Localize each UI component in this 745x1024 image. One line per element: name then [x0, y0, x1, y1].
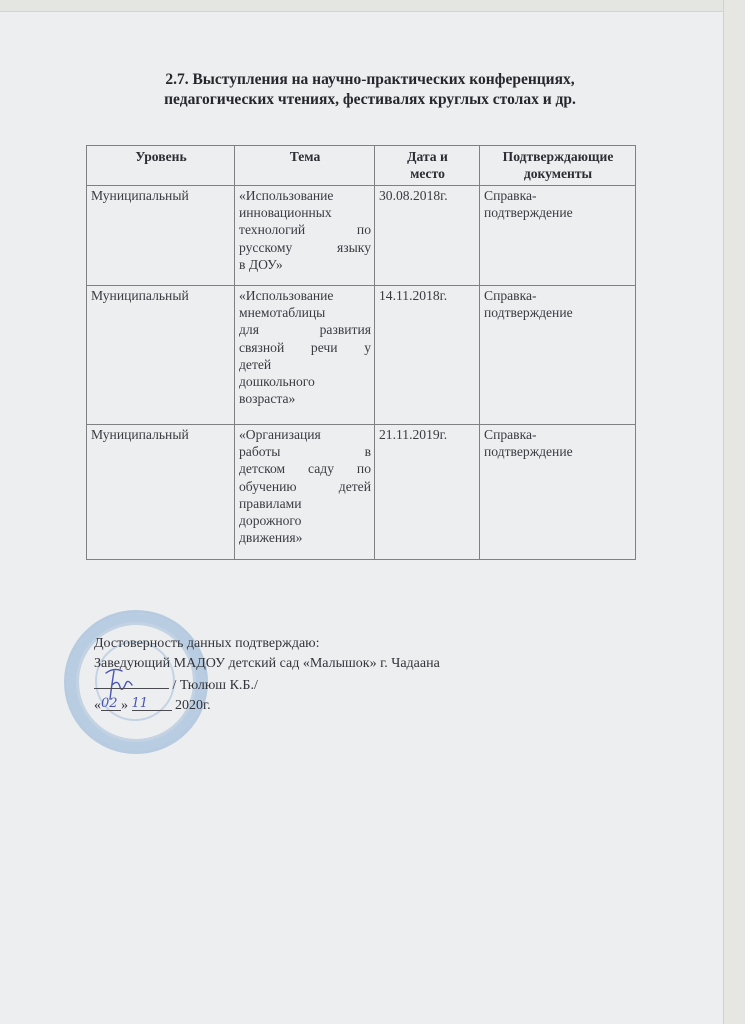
docs-line-1: Справка-: [484, 287, 632, 304]
header-docs-line-2: документы: [484, 165, 632, 182]
theme-line: русскому языку: [239, 239, 371, 256]
docs-line-1: Справка-: [484, 426, 632, 443]
docs-line-2: подтверждение: [484, 443, 632, 460]
theme-line: обучению детей: [239, 478, 371, 495]
header-level: Уровень: [87, 146, 235, 186]
date-day-blank: 02: [101, 696, 121, 711]
signature-line: / Тюлюш К.Б./: [94, 674, 440, 696]
table-header-row: Уровень Тема Дата и место Подтверждающие…: [87, 146, 636, 186]
cell-documents: Справка- подтверждение: [480, 286, 636, 425]
theme-line: «Использование: [239, 187, 371, 204]
cell-date: 30.08.2018г.: [375, 186, 480, 286]
docs-line-1: Справка-: [484, 187, 632, 204]
theme-line: работы в: [239, 443, 371, 460]
signer-name: / Тюлюш К.Б./: [173, 678, 258, 693]
date-month-blank: 11: [132, 696, 172, 711]
cell-level: Муниципальный: [87, 286, 235, 425]
date-close-quote: »: [121, 698, 128, 713]
signature-blank: [94, 674, 169, 689]
header-date-place: Дата и место: [375, 146, 480, 186]
theme-line: правилами: [239, 495, 371, 512]
theme-line: связной речи у: [239, 339, 371, 356]
date-line: «02» 11 2020г.: [94, 696, 440, 716]
header-documents: Подтверждающие документы: [480, 146, 636, 186]
theme-line: мнемотаблицы: [239, 304, 371, 321]
heading-line-2: педагогических чтениях, фестивалях кругл…: [120, 90, 620, 110]
theme-line: «Использование: [239, 287, 371, 304]
scan-top-edge: [0, 0, 745, 12]
cell-theme: «Организация работы в детском саду по об…: [235, 425, 375, 560]
theme-line: дорожного: [239, 512, 371, 529]
theme-line: возраста»: [239, 390, 371, 407]
table-row: Муниципальный «Использование инновационн…: [87, 186, 636, 286]
table-row: Муниципальный «Организация работы в детс…: [87, 425, 636, 560]
confirmation-line-2: Заведующий МАДОУ детский сад «Малышок» г…: [94, 654, 440, 674]
date-open-quote: «: [94, 698, 101, 713]
theme-line: движения»: [239, 529, 371, 546]
cell-date: 14.11.2018г.: [375, 286, 480, 425]
theme-line: детей: [239, 356, 371, 373]
table-row: Муниципальный «Использование мнемотаблиц…: [87, 286, 636, 425]
cell-date: 21.11.2019г.: [375, 425, 480, 560]
confirmation-block: Достоверность данных подтверждаю: Заведу…: [94, 634, 440, 716]
docs-line-2: подтверждение: [484, 204, 632, 221]
confirmation-line-1: Достоверность данных подтверждаю:: [94, 634, 440, 654]
theme-line: дошкольного: [239, 373, 371, 390]
cell-documents: Справка- подтверждение: [480, 186, 636, 286]
header-date-line-1: Дата и: [379, 148, 476, 165]
cell-theme: «Использование мнемотаблицы для развития…: [235, 286, 375, 425]
docs-line-2: подтверждение: [484, 304, 632, 321]
presentations-table: Уровень Тема Дата и место Подтверждающие…: [86, 145, 636, 560]
section-heading: 2.7. Выступления на научно-практических …: [120, 70, 620, 110]
theme-line: для развития: [239, 321, 371, 338]
header-theme: Тема: [235, 146, 375, 186]
cell-documents: Справка- подтверждение: [480, 425, 636, 560]
cell-level: Муниципальный: [87, 186, 235, 286]
date-year: 2020г.: [175, 698, 211, 713]
cell-level: Муниципальный: [87, 425, 235, 560]
theme-line: технологий по: [239, 221, 371, 238]
date-day: 02: [101, 696, 118, 711]
theme-line: в ДОУ»: [239, 256, 371, 273]
header-docs-line-1: Подтверждающие: [484, 148, 632, 165]
scan-right-edge: [723, 0, 745, 1024]
theme-line: «Организация: [239, 426, 371, 443]
theme-line: детском саду по: [239, 460, 371, 477]
theme-line: инновационных: [239, 204, 371, 221]
cell-theme: «Использование инновационных технологий …: [235, 186, 375, 286]
heading-line-1: 2.7. Выступления на научно-практических …: [120, 70, 620, 90]
date-month: 11: [132, 696, 149, 711]
header-date-line-2: место: [379, 165, 476, 182]
